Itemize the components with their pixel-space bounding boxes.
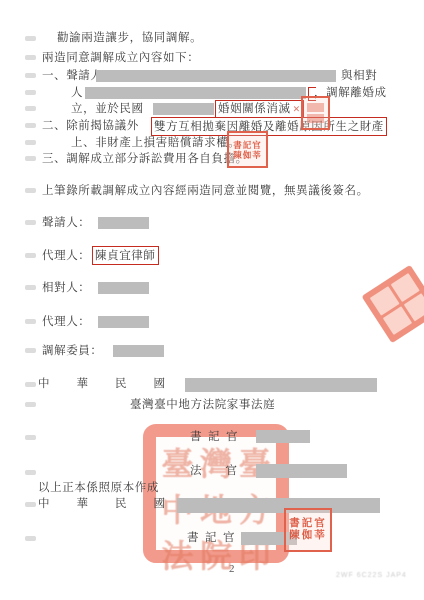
signature-label-respondent: 相對人： (42, 281, 90, 295)
item1-line2-prefix: 人 (71, 86, 83, 100)
redaction-date-full-2 (177, 498, 380, 513)
item3: 三、調解成立部分訴訟費用各自負擔。 (42, 152, 248, 166)
signature-label-agent1: 代理人： (42, 249, 90, 263)
court-name: 臺灣臺中地方法院家事法庭 (130, 398, 275, 412)
lawyer-name: 陳貞宜律師 (95, 249, 156, 263)
margin-line-mark (25, 188, 36, 193)
roc-date-label-2: 中華民國 (38, 497, 192, 511)
redaction-respondent-name (85, 87, 306, 99)
margin-line-mark (25, 402, 36, 407)
clerk-name-stamp-bottom: 書記官 陳侞莘 (284, 508, 332, 552)
clerk-name-stamp: 書記官 陳侞莘 (227, 131, 268, 168)
judge-label: 法官 (190, 464, 261, 478)
stamp-glyph-block (307, 114, 324, 123)
clerk-label-2: 書記官 (187, 531, 241, 545)
redaction-signature (113, 345, 164, 357)
roc-date-label: 中華民國 (38, 377, 192, 391)
clerk-stamp-name: 陳侞莘 (289, 530, 327, 542)
clerk-stamp-name: 陳侞莘 (233, 150, 262, 160)
margin-line-mark (25, 435, 36, 440)
item1-line1-prefix: 一、聲請人 (42, 69, 103, 83)
margin-line-mark (25, 90, 36, 95)
clerk-label: 書記官 (190, 430, 244, 444)
redaction-signature (98, 282, 149, 294)
highlight-box-marriage-dissolved: 婚姻關係消滅✕ (215, 100, 304, 118)
redaction-judge-name (256, 464, 347, 478)
margin-line-mark (25, 106, 36, 111)
margin-line-mark (25, 319, 36, 324)
clerk-stamp-title: 書記官 (233, 140, 262, 150)
margin-line-mark (25, 382, 36, 387)
margin-line-mark (25, 36, 36, 41)
redaction-signature (98, 316, 149, 328)
tilted-red-stamp (361, 265, 424, 344)
confirmation-line: 上筆錄所載調解成立內容經兩造同意並閱覽，無異議後簽名。 (42, 184, 369, 198)
small-red-stamp (301, 96, 330, 130)
signature-label-mediator: 調解委員： (42, 344, 103, 358)
redaction-signature (98, 217, 149, 229)
item1-line1-suffix: 與相對 (341, 69, 377, 83)
red-x-mark: ✕ (293, 102, 301, 116)
agreement-heading: 兩造同意調解成立內容如下： (42, 51, 199, 65)
margin-line-mark (25, 140, 36, 145)
highlight-box-lawyer-name: 陳貞宜律師 (92, 246, 159, 265)
margin-line-mark (25, 285, 36, 290)
margin-line-mark (25, 156, 36, 161)
margin-line-mark (25, 123, 36, 128)
stamp-glyph-block (307, 103, 324, 112)
redaction-applicant-name (96, 70, 336, 82)
margin-line-mark (25, 253, 36, 258)
signature-label-applicant: 聲請人： (42, 216, 90, 230)
margin-line-mark (25, 73, 36, 78)
redaction-clerk-name (256, 430, 310, 443)
highlight-box-waiver: 雙方互相拋棄因離婚及離婚原因所生之財產 (151, 117, 387, 136)
scanned-court-document: 勸諭兩造讓步，協同調解。 兩造同意調解成立內容如下： 一、聲請人 與相對 人 ，… (0, 0, 424, 600)
item1-line3-prefix: 立，並於民國 (71, 102, 144, 116)
clerk-stamp-title: 書記官 (289, 518, 327, 530)
highlighted-text: 婚姻關係消滅 (218, 102, 291, 116)
illegible-watermark-code: 2WF 6C22S JAP4 (336, 572, 407, 579)
margin-line-mark (25, 348, 36, 353)
highlighted-text: 雙方互相拋棄因離婚及離婚原因所生之財產 (154, 120, 384, 134)
intro-line: 勸諭兩造讓步，協同調解。 (57, 31, 202, 45)
redaction-date (153, 103, 214, 115)
margin-line-mark (25, 220, 36, 225)
redaction-date-full (185, 378, 377, 392)
signature-label-agent2: 代理人： (42, 315, 90, 329)
margin-line-mark (25, 502, 36, 507)
certified-copy-note: 以上正本係照原本作成 (38, 481, 159, 495)
margin-line-mark (25, 470, 36, 475)
item2-prefix: 二、除前揭協議外 (42, 119, 139, 133)
margin-line-mark (25, 55, 36, 60)
margin-line-mark (25, 536, 36, 541)
item2-line2: 上、非財產上損害賠償請求權。 (71, 136, 240, 150)
